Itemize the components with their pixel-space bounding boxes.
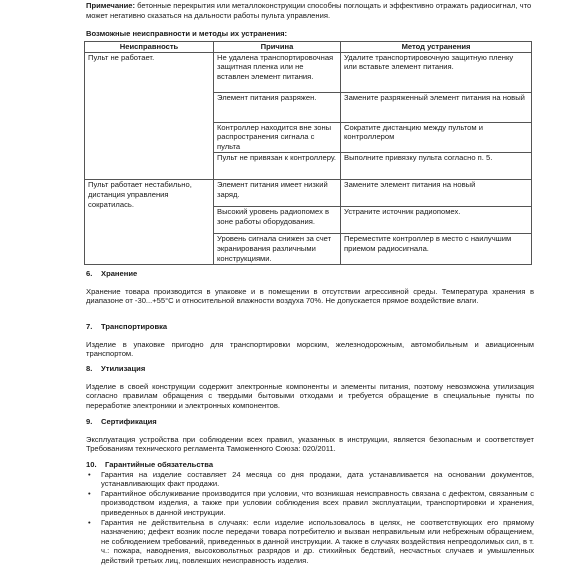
cause-cell: Элемент питания имеет низкий заряд. xyxy=(214,180,341,207)
fix-cell: Устраните источник радиопомех. xyxy=(341,207,532,234)
warranty-list: •Гарантия на изделие составляет 24 месяц… xyxy=(86,470,534,566)
table-header-row: Неисправность Причина Метод устранения xyxy=(85,42,532,53)
bullet-icon: • xyxy=(88,489,91,499)
faults-heading: Возможные неисправности и методы их устр… xyxy=(86,29,287,39)
cause-cell: Не удалена транспортировочная защитная п… xyxy=(214,52,341,92)
section-body: Хранение товара производится в упаковке … xyxy=(86,287,534,306)
cause-cell: Элемент питания разряжен. xyxy=(214,92,341,122)
header-fix: Метод устранения xyxy=(341,42,532,53)
fix-cell: Замените разряженный элемент питания на … xyxy=(341,92,532,122)
note-paragraph: Примечание: бетонные перекрытия или мета… xyxy=(86,1,534,20)
cause-cell: Уровень сигнала снижен за счет экраниров… xyxy=(214,234,341,265)
section-title: 6.Хранение xyxy=(86,269,534,279)
bullet-icon: • xyxy=(88,518,91,528)
fix-cell: Переместите контроллер в место с наилучш… xyxy=(341,234,532,265)
list-item: •Гарантийное обслуживание производится п… xyxy=(86,489,534,518)
fix-cell: Сократите дистанцию между пультом и конт… xyxy=(341,122,532,153)
section-disposal: 8.Утилизация Изделие в своей конструкции… xyxy=(86,364,534,410)
note-text: бетонные перекрытия или металлоконструкц… xyxy=(86,1,531,20)
section-storage: 6.Хранение Хранение товара производится … xyxy=(86,269,534,306)
header-fault: Неисправность xyxy=(85,42,214,53)
table-row: Пульт не работает. Не удалена транспорти… xyxy=(85,52,532,92)
list-item: •Гарантия на изделие составляет 24 месяц… xyxy=(86,470,534,489)
fix-cell: Выполните привязку пульта согласно п. 5. xyxy=(341,153,532,180)
cause-cell: Пульт не привязан к контроллеру. xyxy=(214,153,341,180)
document-page: Примечание: бетонные перекрытия или мета… xyxy=(0,0,580,580)
header-cause: Причина xyxy=(214,42,341,53)
section-body: Изделие в своей конструкции содержит эле… xyxy=(86,382,534,411)
table-row: Пульт работает нестабильно, дистанция уп… xyxy=(85,180,532,207)
section-transport: 7.Транспортировка Изделие в упаковке при… xyxy=(86,322,534,359)
section-title: 10.Гарантийные обязательства xyxy=(86,460,534,470)
bullet-icon: • xyxy=(88,470,91,480)
fault-cell: Пульт работает нестабильно, дистанция уп… xyxy=(85,180,214,265)
fault-cell: Пульт не работает. xyxy=(85,52,214,180)
list-item: •Гарантия не действительна в случаях: ес… xyxy=(86,518,534,566)
section-title: 7.Транспортировка xyxy=(86,322,534,332)
section-title: 9.Сертификация xyxy=(86,417,534,427)
cause-cell: Контроллер находится вне зоны распростра… xyxy=(214,122,341,153)
note-label: Примечание: xyxy=(86,1,135,10)
cause-cell: Высокий уровень радиопомех в зоне работы… xyxy=(214,207,341,234)
faults-table: Неисправность Причина Метод устранения П… xyxy=(84,41,532,265)
section-certification: 9.Сертификация Эксплуатация устройства п… xyxy=(86,417,534,454)
section-warranty: 10.Гарантийные обязательства •Гарантия н… xyxy=(86,460,534,566)
fix-cell: Замените элемент питания на новый xyxy=(341,180,532,207)
section-body: Изделие в упаковке пригодно для транспор… xyxy=(86,340,534,359)
section-body: Эксплуатация устройства при соблюдении в… xyxy=(86,435,534,454)
fix-cell: Удалите транспортировочную защитную плен… xyxy=(341,52,532,92)
section-title: 8.Утилизация xyxy=(86,364,534,374)
